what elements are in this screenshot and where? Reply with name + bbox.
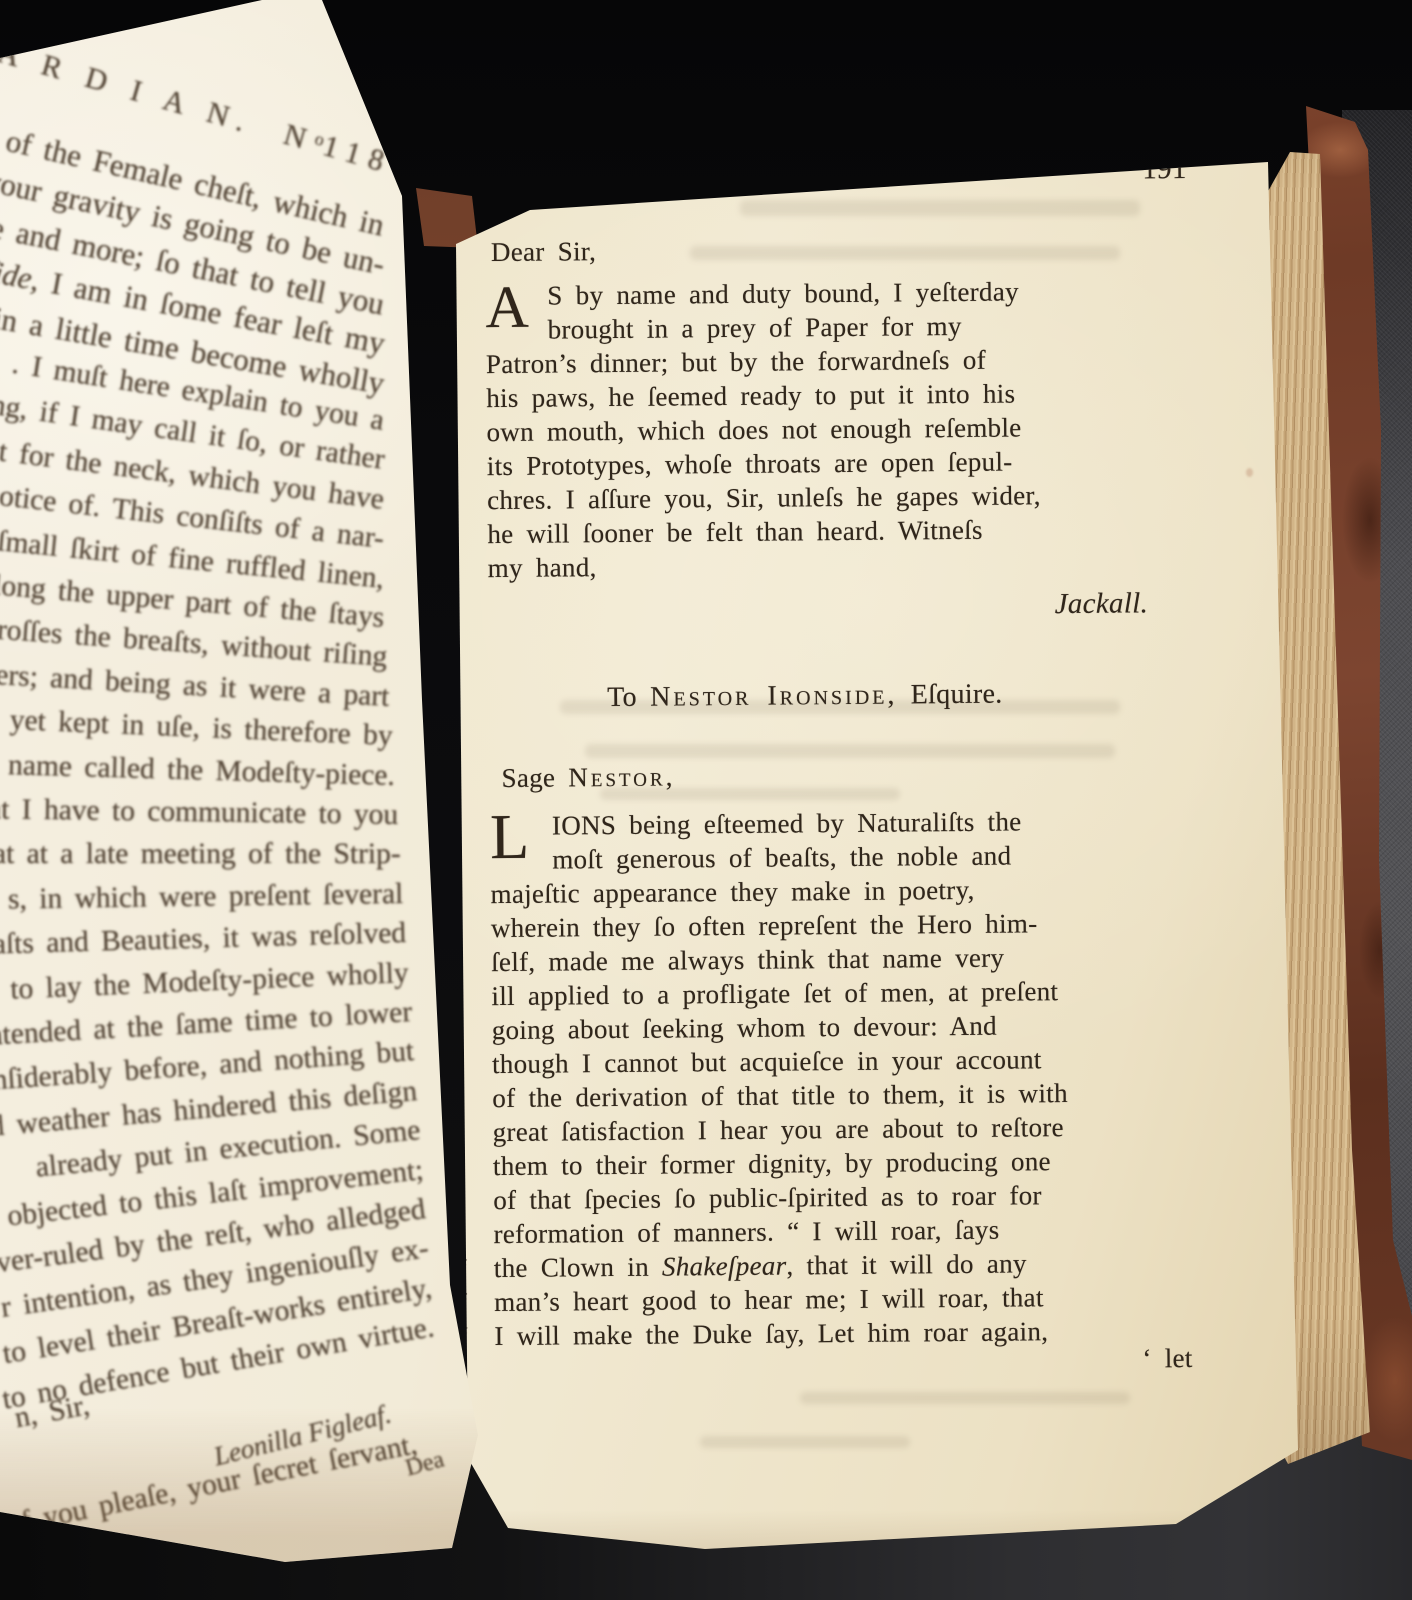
drop-cap: L <box>490 807 530 867</box>
quotation-mark: ‘ <box>454 1083 492 1114</box>
quotation-mark: ‘ <box>448 315 486 346</box>
quotation-mark: ‘ <box>447 281 485 312</box>
quotation-mark: ‘ <box>448 417 486 448</box>
page-title: THE GUARDIAN. <box>592 153 924 189</box>
left-page-text-line: name called the Modeſty-piece. <box>8 749 396 793</box>
quotation-mark: ‘ <box>453 947 491 978</box>
salutation-dear-sir: Dear Sir, <box>491 236 596 268</box>
quotation-mark: “ <box>456 1287 494 1318</box>
quotation-mark: ‘ <box>455 1151 493 1182</box>
open-book-photo: No118 THE GUARDIAN. 191 Dear Sir, A ‘S b… <box>0 0 1412 1600</box>
quotation-mark: “ <box>456 1253 494 1284</box>
foxing-spot <box>1246 468 1253 477</box>
left-page-text-line: , that at a late meeting of the Strip- <box>0 838 401 871</box>
letter-text-line: ‘my hand, <box>450 547 1240 588</box>
quotation-mark: ‘ <box>453 981 491 1012</box>
drop-cap: A <box>485 277 529 337</box>
letter-lions: L ‘IONS being eſteemed by Naturaliſts th… <box>452 805 1247 1356</box>
quotation-mark: ‘ <box>453 913 491 944</box>
quotation-mark: ‘ <box>452 845 490 876</box>
quotation-mark: ‘ <box>450 553 488 584</box>
left-page-text-line: s, in which were preſent ſeveral <box>8 878 404 917</box>
quotation-mark: “ <box>456 1321 494 1352</box>
quotation-mark: ‘ <box>455 1219 493 1250</box>
left-page-text-line: what I have to communicate to you <box>0 793 398 832</box>
quotation-mark: ‘ <box>454 1015 492 1046</box>
quotation-mark: ‘ <box>449 519 487 550</box>
quotation-mark: ‘ <box>449 451 487 482</box>
page-number: 191 <box>1142 153 1187 186</box>
issue-number: No118 <box>474 157 548 191</box>
quotation-mark: ‘ <box>455 1185 493 1216</box>
quotation-mark: ‘ <box>448 349 486 380</box>
signature-jackall: Jackall. <box>1055 587 1149 621</box>
salutation-sage-nestor: Sage Nestor, <box>501 761 675 794</box>
quotation-mark: ‘ <box>448 383 486 414</box>
quotation-mark: ‘ <box>455 1117 493 1148</box>
quotation-mark: ‘ <box>449 485 487 516</box>
letter-text-line: “I will make the Duke ſay, Let him roar … <box>456 1314 1246 1355</box>
letter-jackall: A ‘S by name and duty bound, I yeſterday… <box>447 275 1240 588</box>
left-page-text-line: oaſts and Beauties, it was reſolved <box>0 917 407 962</box>
page-header: No118 THE GUARDIAN. 191 <box>440 151 1240 198</box>
quotation-mark: ‘ <box>452 879 490 910</box>
foxing-spot <box>452 1118 458 1125</box>
quotation-mark: ‘ <box>454 1049 492 1080</box>
section-heading-nestor-ironside: To Nestor Ironside, Eſquire. <box>485 678 1125 716</box>
catchword: ‘ let <box>1142 1343 1193 1374</box>
quotation-mark: ‘ <box>452 811 490 842</box>
issue-number-superscript: o <box>495 157 504 177</box>
right-page-content: No118 THE GUARDIAN. 191 Dear Sir, A ‘S b… <box>440 137 1251 1444</box>
